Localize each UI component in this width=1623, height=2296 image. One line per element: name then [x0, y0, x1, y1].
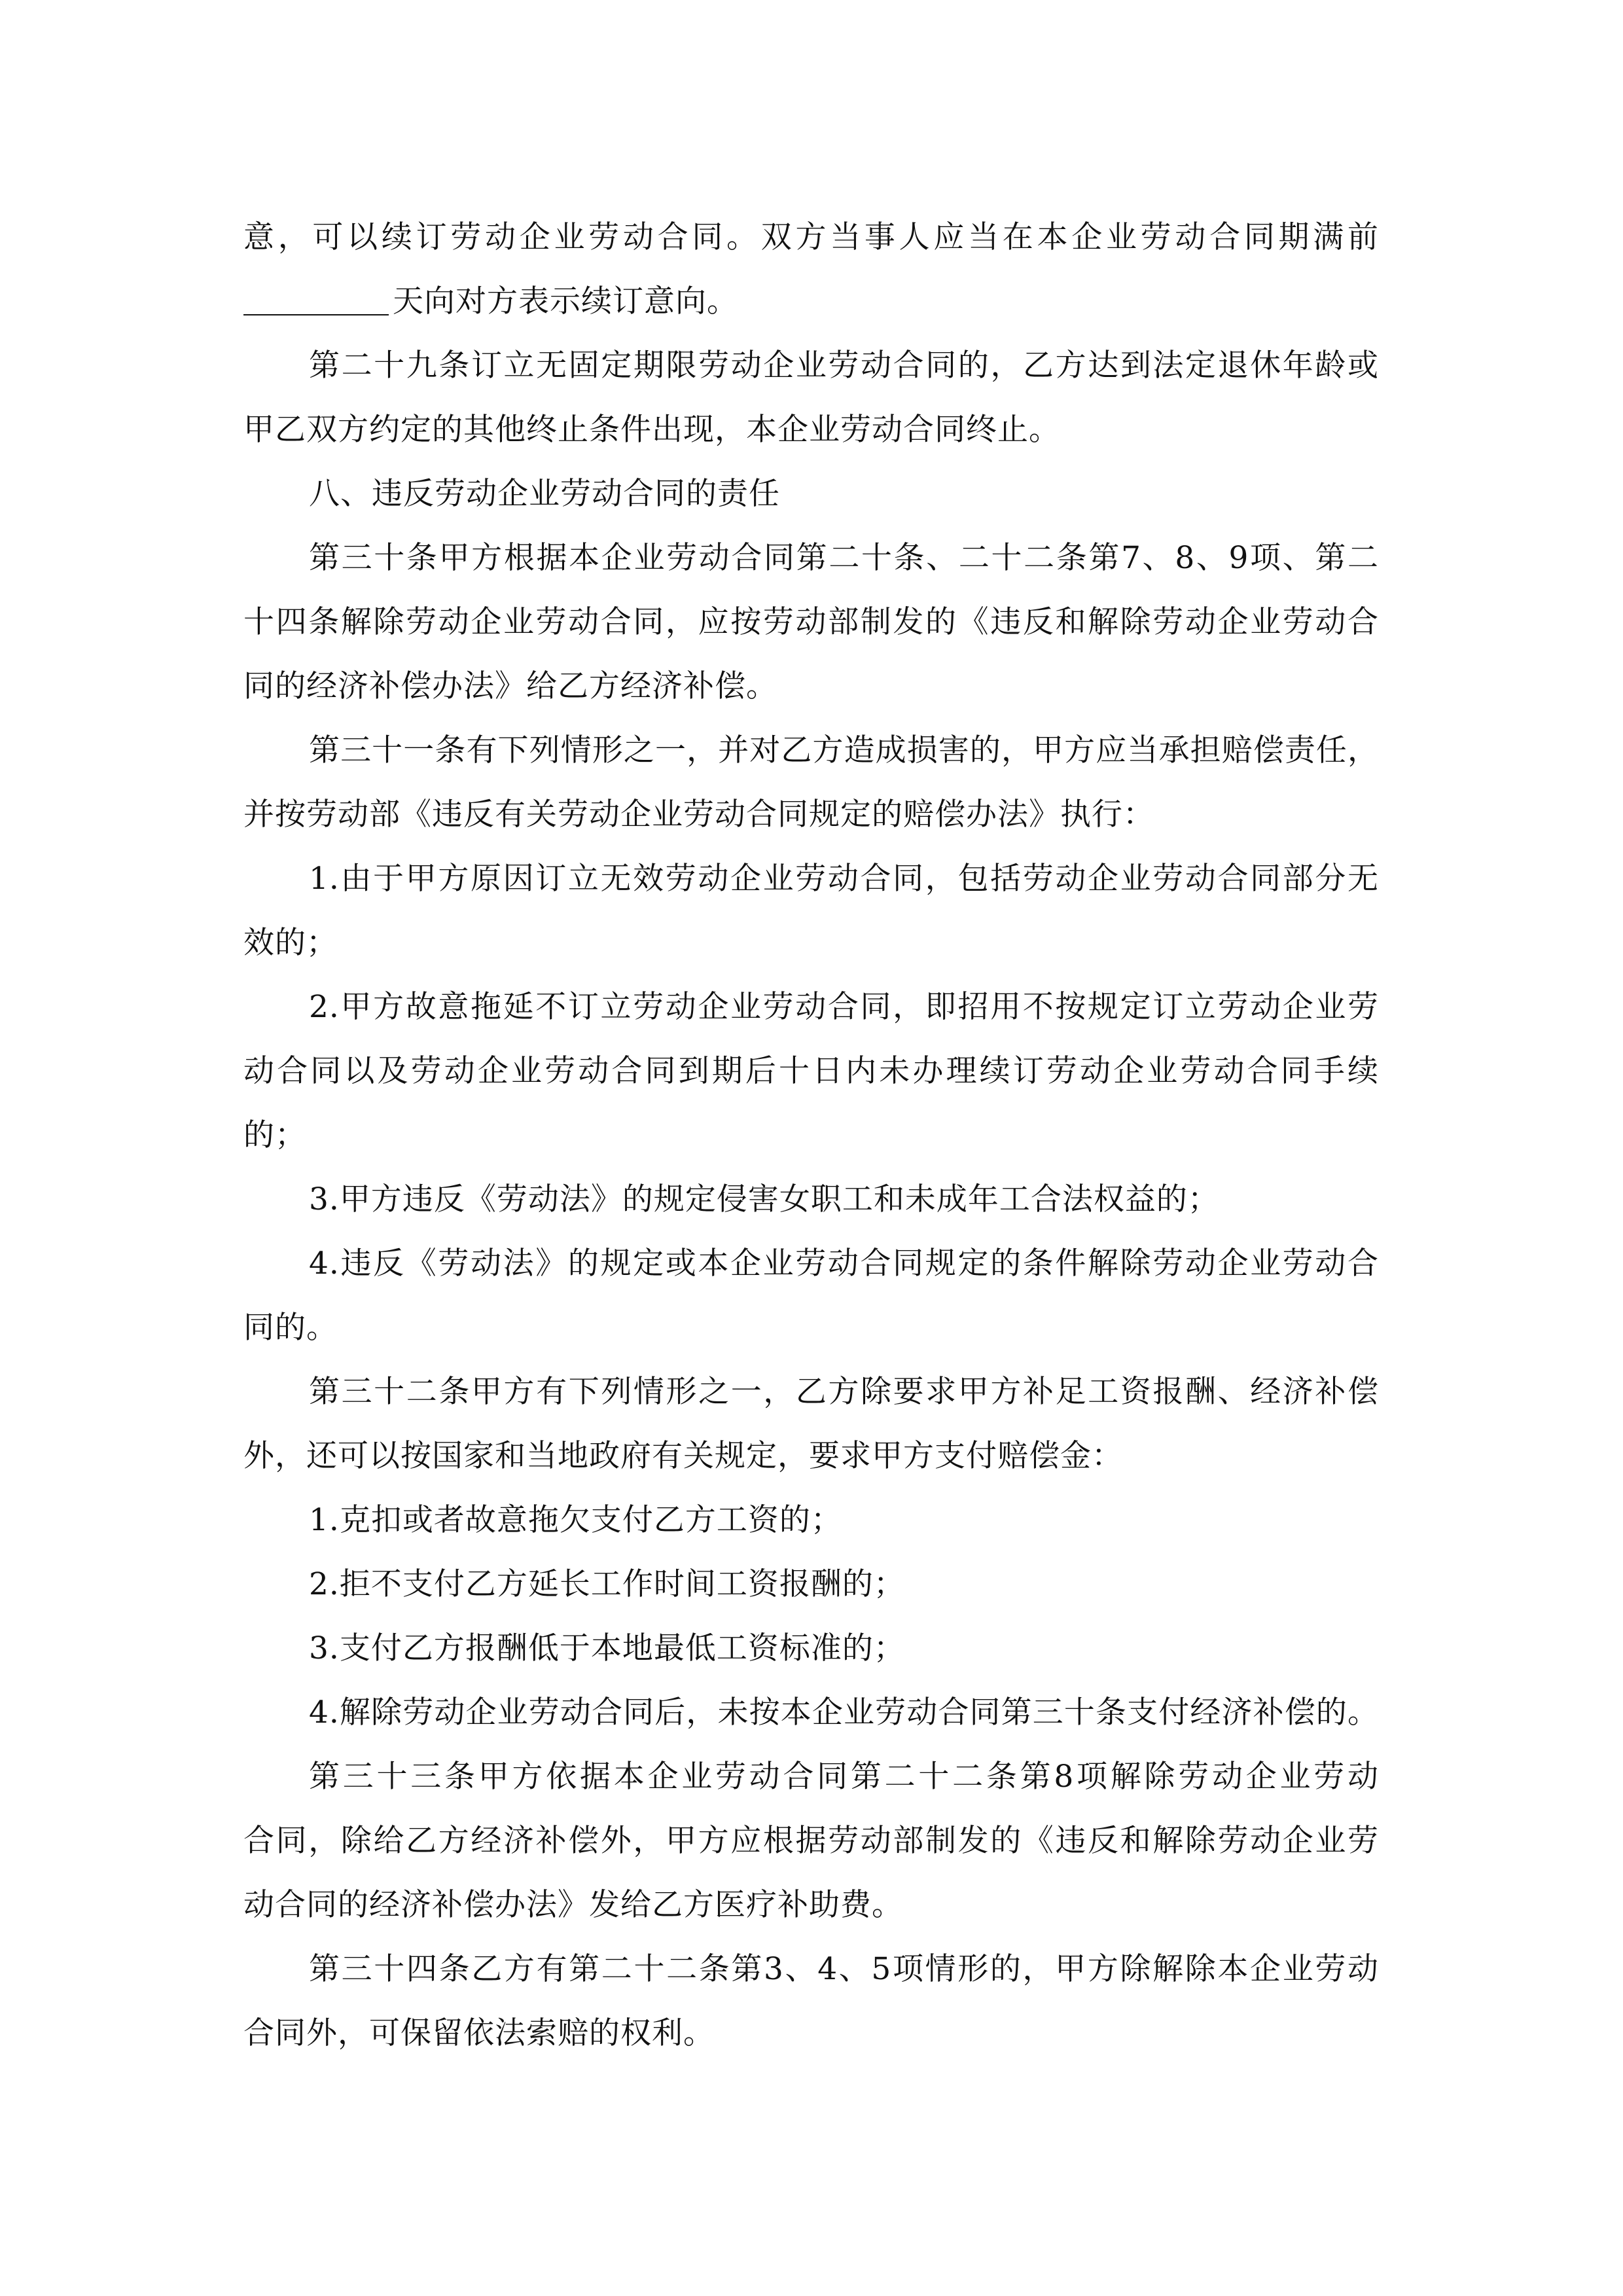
article-29-line-2: 甲乙双方约定的其他终止条件出现，本企业劳动合同终止。: [243, 398, 1379, 462]
article-32-item-1: 1.克扣或者故意拖欠支付乙方工资的；: [243, 1488, 1379, 1552]
article-31-line-1: 第三十一条有下列情形之一，并对乙方造成损害的，甲方应当承担赔偿责任，: [243, 719, 1379, 783]
article-29-line-1: 第二十九条订立无固定期限劳动企业劳动合同的，乙方达到法定退休年龄或: [243, 334, 1379, 398]
document-page: 意，可以续订劳动企业劳动合同。双方当事人应当在本企业劳动合同期满前 天向对方表示…: [243, 206, 1379, 2066]
article-32-item-3: 3.支付乙方报酬低于本地最低工资标准的；: [243, 1617, 1379, 1681]
article-32-line-1: 第三十二条甲方有下列情形之一，乙方除要求甲方补足工资报酬、经济补偿: [243, 1360, 1379, 1424]
paragraph-renewal-line-2: 天向对方表示续订意向。: [243, 270, 1379, 334]
section-8-heading: 八、违反劳动企业劳动合同的责任: [243, 462, 1379, 526]
article-32-item-4: 4.解除劳动企业劳动合同后，未按本企业劳动合同第三十条支付经济补偿的。: [243, 1681, 1379, 1745]
article-32-line-2: 外，还可以按国家和当地政府有关规定，要求甲方支付赔偿金：: [243, 1424, 1379, 1488]
article-33-line-1: 第三十三条甲方依据本企业劳动合同第二十二条第8项解除劳动企业劳动: [243, 1745, 1379, 1809]
article-30-line-2: 十四条解除劳动企业劳动合同，应按劳动部制发的《违反和解除劳动企业劳动合: [243, 590, 1379, 655]
paragraph-renewal-line-1: 意，可以续订劳动企业劳动合同。双方当事人应当在本企业劳动合同期满前: [243, 206, 1379, 270]
fill-in-blank-days: [243, 275, 389, 315]
article-31-item-2-line-1: 2.甲方故意拖延不订立劳动企业劳动合同，即招用不按规定订立劳动企业劳: [243, 975, 1379, 1039]
article-34-line-1: 第三十四条乙方有第二十二条第3、4、5项情形的，甲方除解除本企业劳动: [243, 1937, 1379, 2001]
article-32-item-2: 2.拒不支付乙方延长工作时间工资报酬的；: [243, 1552, 1379, 1617]
article-33-line-3: 动合同的经济补偿办法》发给乙方医疗补助费。: [243, 1873, 1379, 1937]
article-31-item-3: 3.甲方违反《劳动法》的规定侵害女职工和未成年工合法权益的；: [243, 1168, 1379, 1232]
article-34-line-2: 合同外，可保留依法索赔的权利。: [243, 2001, 1379, 2066]
article-31-item-4-line-2: 同的。: [243, 1296, 1379, 1360]
article-31-item-4-line-1: 4.违反《劳动法》的规定或本企业劳动合同规定的条件解除劳动企业劳动合: [243, 1232, 1379, 1296]
article-31-item-1-line-1: 1.由于甲方原因订立无效劳动企业劳动合同，包括劳动企业劳动合同部分无: [243, 847, 1379, 911]
article-30-line-3: 同的经济补偿办法》给乙方经济补偿。: [243, 655, 1379, 719]
article-31-item-2-line-3: 的；: [243, 1103, 1379, 1168]
article-33-line-2: 合同，除给乙方经济补偿外，甲方应根据劳动部制发的《违反和解除劳动企业劳: [243, 1809, 1379, 1873]
article-30-line-1: 第三十条甲方根据本企业劳动合同第二十条、二十二条第7、8、9项、第二: [243, 526, 1379, 590]
article-31-line-2: 并按劳动部《违反有关劳动企业劳动合同规定的赔偿办法》执行：: [243, 783, 1379, 847]
article-31-item-2-line-2: 动合同以及劳动企业劳动合同到期后十日内未办理续订劳动企业劳动合同手续: [243, 1039, 1379, 1103]
article-31-item-1-line-2: 效的；: [243, 911, 1379, 975]
paragraph-renewal-line-2-text: 天向对方表示续订意向。: [393, 283, 738, 319]
